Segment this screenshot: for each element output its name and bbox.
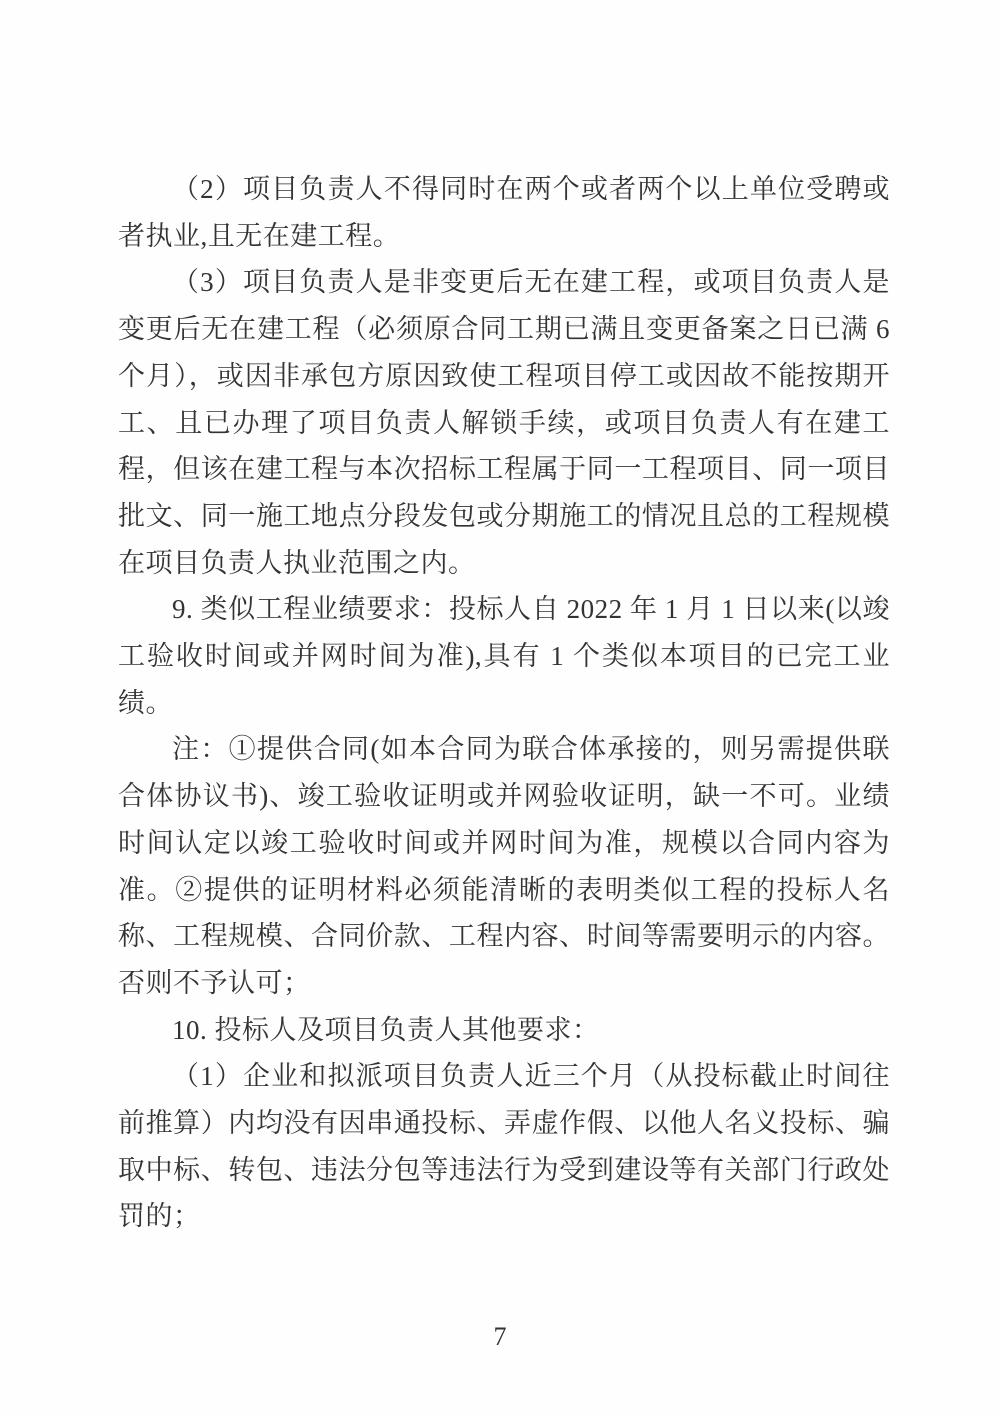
page-number: 7 — [0, 1322, 1000, 1352]
paragraph-clause-10-item-1: （1）企业和拟派项目负责人近三个月（从投标截止时间往前推算）内均没有因串通投标、… — [118, 1053, 890, 1240]
paragraph-clause-10-heading: 10. 投标人及项目负责人其他要求： — [118, 1007, 890, 1054]
document-page: （2）项目负责人不得同时在两个或者两个以上单位受聘或者执业,且无在建工程。 （3… — [0, 0, 1000, 1414]
paragraph-clause-9-performance-requirement: 9. 类似工程业绩要求：投标人自 2022 年 1 月 1 日以来(以竣工验收时… — [118, 586, 890, 726]
paragraph-clause-8-item-2: （2）项目负责人不得同时在两个或者两个以上单位受聘或者执业,且无在建工程。 — [118, 166, 890, 259]
document-body: （2）项目负责人不得同时在两个或者两个以上单位受聘或者执业,且无在建工程。 （3… — [118, 166, 890, 1240]
paragraph-clause-9-note: 注：①提供合同(如本合同为联合体承接的，则另需提供联合体协议书)、竣工验收证明或… — [118, 726, 890, 1006]
paragraph-clause-8-item-3: （3）项目负责人是非变更后无在建工程，或项目负责人是变更后无在建工程（必须原合同… — [118, 259, 890, 586]
